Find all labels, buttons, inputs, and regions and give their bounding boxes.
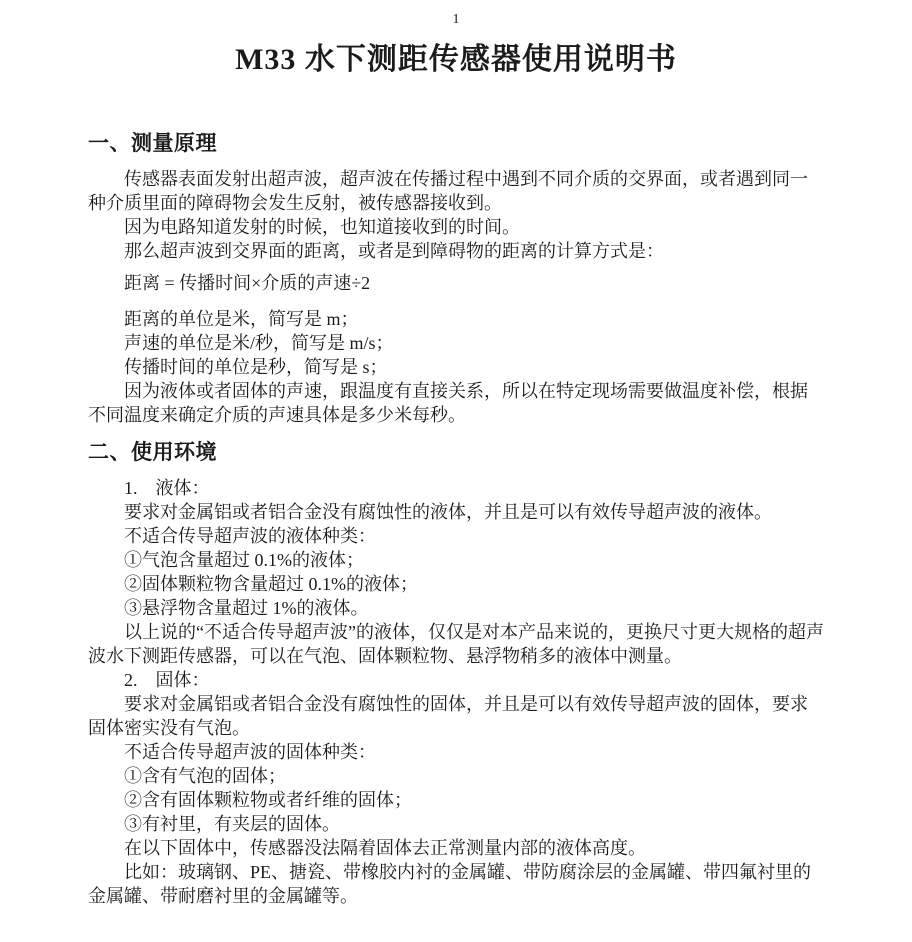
paragraph-unit-speed: 声速的单位是米/秒，简写是 m/s； <box>88 331 824 355</box>
numbered-item-solid: 2. 固体： <box>88 668 824 692</box>
document-page: 1 M33 水下测距传感器使用说明书 一、测量原理 传感器表面发射出超声波，超声… <box>0 0 912 908</box>
section-measurement-principle: 一、测量原理 传感器表面发射出超声波，超声波在传播过程中遇到不同介质的交界面，或… <box>88 130 824 427</box>
paragraph-distance-calc-intro: 那么超声波到交界面的距离，或者是到障碍物的距离的计算方式是： <box>88 239 824 263</box>
numbered-item-liquid: 1. 液体： <box>88 476 824 500</box>
paragraph-liquid-requirement: 要求对金属铝或者铝合金没有腐蚀性的液体，并且是可以有效传导超声波的液体。 <box>88 500 824 524</box>
paragraph-sensor-emission: 传感器表面发射出超声波，超声波在传播过程中遇到不同介质的交界面，或者遇到同一种介… <box>88 167 824 215</box>
formula-distance: 距离 = 传播时间×介质的声速÷2 <box>88 271 824 295</box>
paragraph-liquid-note: 以上说的“不适合传导超声波”的液体，仅仅是对本产品来说的，更换尺寸更大规格的超声… <box>88 620 824 668</box>
section-heading-usage-environment: 二、使用环境 <box>88 439 824 466</box>
document-title: M33 水下测距传感器使用说明书 <box>88 40 824 80</box>
paragraph-circuit-timing: 因为电路知道发射的时候，也知道接收到的时间。 <box>88 215 824 239</box>
list-item-liquid-3: ③悬浮物含量超过 1%的液体。 <box>88 596 824 620</box>
paragraph-unit-time: 传播时间的单位是秒，简写是 s； <box>88 355 824 379</box>
paragraph-temperature-compensation: 因为液体或者固体的声速，跟温度有直接关系，所以在特定现场需要做温度补偿，根据不同… <box>88 379 824 427</box>
section-heading-measurement-principle: 一、测量原理 <box>88 130 824 157</box>
list-item-solid-2: ②含有固体颗粒物或者纤维的固体； <box>88 788 824 812</box>
paragraph-solid-examples: 比如：玻璃钢、PE、搪瓷、带橡胶内衬的金属罐、带防腐涂层的金属罐、带四氟衬里的金… <box>88 860 824 908</box>
paragraph-solid-measure-limit: 在以下固体中，传感器没法隔着固体去正常测量内部的液体高度。 <box>88 836 824 860</box>
section-usage-environment: 二、使用环境 1. 液体： 要求对金属铝或者铝合金没有腐蚀性的液体，并且是可以有… <box>88 439 824 908</box>
paragraph-unit-distance: 距离的单位是米，简写是 m； <box>88 307 824 331</box>
paragraph-liquid-unsuitable-intro: 不适合传导超声波的液体种类： <box>88 524 824 548</box>
paragraph-solid-requirement: 要求对金属铝或者铝合金没有腐蚀性的固体，并且是可以有效传导超声波的固体，要求固体… <box>88 692 824 740</box>
list-item-solid-3: ③有衬里，有夹层的固体。 <box>88 812 824 836</box>
list-item-liquid-1: ①气泡含量超过 0.1%的液体； <box>88 548 824 572</box>
paragraph-solid-unsuitable-intro: 不适合传导超声波的固体种类： <box>88 740 824 764</box>
list-item-liquid-2: ②固体颗粒物含量超过 0.1%的液体； <box>88 572 824 596</box>
list-item-solid-1: ①含有气泡的固体； <box>88 764 824 788</box>
page-number: 1 <box>88 12 824 28</box>
